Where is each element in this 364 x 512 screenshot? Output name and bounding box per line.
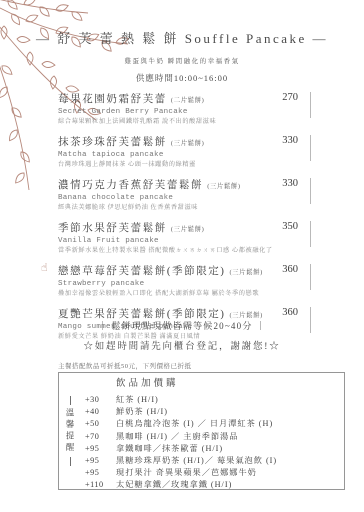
reminder-bottom-rule <box>70 457 71 466</box>
menu-item: 莓果花園奶霜舒芙蕾 (二片鬆餅) 270 Secret Garden Berry… <box>58 91 320 126</box>
price-divider <box>310 92 311 118</box>
register-note: ☆如趕時間請先向櫃台登記，謝謝您!☆ <box>0 338 364 352</box>
drink-row: +50 白桃烏龍冷泡茶 (I) ／ 日月潭紅茶 (H) <box>85 418 340 430</box>
drinks-title: 飲品加價購 <box>116 378 340 391</box>
menu-item: ☝ 戀戀草莓舒芙蕾鬆餅(季節限定) (三片鬆餅) 360 Strawberry … <box>58 263 320 298</box>
drink-price: +95 <box>85 467 116 479</box>
item-description: 經典法芙娜脆球 伊思尼鮮奶油 佐香蕉香甜滋味 <box>58 203 320 212</box>
drink-price: +110 <box>85 479 116 491</box>
drink-row: +30 紅茶 (H/I) <box>85 394 340 406</box>
drink-price: +40 <box>85 406 116 418</box>
discount-note: 主餐搭配飲品可折抵50元，下列價格已折抵 <box>58 361 192 370</box>
item-portion-note: (三片鬆餅) <box>230 312 263 319</box>
item-name-en: Matcha tapioca pancake <box>58 150 320 160</box>
item-name: 戀戀草莓舒芙蕾鬆餅(季節限定) <box>58 266 226 277</box>
friendly-reminder-label: 溫馨提醒 <box>64 393 76 469</box>
item-price: 360 <box>282 263 298 276</box>
drinks-addon-box: 溫馨提醒 飲品加價購 +30 紅茶 (H/I) +40 鮮奶茶 (H/I) +5… <box>58 372 345 490</box>
item-name-en: Banana chocolate pancake <box>58 193 320 203</box>
drink-label: 太妃糖拿鐵／玫瑰拿鐵 (H/I) <box>116 479 232 491</box>
price-divider <box>310 178 311 204</box>
pointing-hand-icon: ☝ <box>41 261 48 274</box>
item-name: 季節水果舒芙蕾鬆餅 <box>58 223 167 234</box>
drinks-list: 飲品加價購 +30 紅茶 (H/I) +40 鮮奶茶 (H/I) +50 白桃烏… <box>85 378 340 492</box>
menu-item: 濃情巧克力香蕉舒芙蕾鬆餅 (三片鬆餅) 330 Banana chocolate… <box>58 177 320 212</box>
page-title: — 舒 芙 蕾 熱 鬆 餅 Souffle Pancake — <box>0 28 364 47</box>
item-name-en: Vanilla Fruit pancake <box>58 236 320 246</box>
item-name-en: Secret Garden Berry Pancake <box>58 107 320 117</box>
item-portion-note: (三片鬆餅) <box>171 140 204 147</box>
drink-price: +70 <box>85 431 116 443</box>
drink-row: +95 黑糖珍珠厚奶茶 (H/I)／ 莓果氣泡飲 (I) <box>85 455 340 467</box>
page-subtitle: 雞蛋與牛奶 瞬間融化的幸福香氣 <box>0 56 364 65</box>
drink-row: +110 太妃糖拿鐵／玫瑰拿鐵 (H/I) <box>85 479 340 491</box>
drink-price: +50 <box>85 418 116 430</box>
reminder-top-rule <box>70 396 71 405</box>
drink-row: +70 黑咖啡 (H/I) ／ 主廚季節湯品 <box>85 431 340 443</box>
drink-label: 黑咖啡 (H/I) ／ 主廚季節湯品 <box>116 431 238 443</box>
item-name-en: Strawberry pancake <box>58 279 320 289</box>
drink-price: +95 <box>85 455 116 467</box>
item-price: 270 <box>282 91 298 104</box>
item-price: 330 <box>282 134 298 147</box>
service-hours: 供應時間10:00~16:00 <box>0 72 364 84</box>
item-price: 360 <box>282 306 298 319</box>
item-portion-note: (三片鬆餅) <box>171 226 204 233</box>
drink-label: 白桃烏龍冷泡茶 (I) ／ 日月潭紅茶 (H) <box>116 418 273 430</box>
drink-label: 拿鐵咖啡／抹茶歐蕾 (H/I) <box>116 443 223 455</box>
item-description: 台灣珍珠遇上靜岡抹茶 心頭一抹躍動的綠精靈 <box>58 160 320 169</box>
wait-time-note: ｜ 鬆餅現點現做皆需等候20~40分 ｜ <box>0 319 364 332</box>
drink-price: +95 <box>85 443 116 455</box>
drink-price: +30 <box>85 394 116 406</box>
drink-label: 黑糖珍珠厚奶茶 (H/I)／ 莓果氣泡飲 (I) <box>116 455 277 467</box>
price-divider <box>310 221 311 247</box>
item-portion-note: (二片鬆餅) <box>171 97 204 104</box>
item-description: 當季新鮮水果佐上特製水果醬 搭配微酸ㄉㄨㄞㄉㄨㄞ口感 心都被融化了 <box>58 246 320 255</box>
drink-row: +40 鮮奶茶 (H/I) <box>85 406 340 418</box>
drink-label: 鮮奶茶 (H/I) <box>116 406 168 418</box>
header: — 舒 芙 蕾 熱 鬆 餅 Souffle Pancake — 雞蛋與牛奶 瞬間… <box>0 28 364 84</box>
item-name: 抹茶珍珠舒芙蕾鬆餅 <box>58 137 167 148</box>
item-name: 濃情巧克力香蕉舒芙蕾鬆餅 <box>58 180 203 191</box>
item-name: 莓果花園奶霜舒芙蕾 <box>58 94 167 105</box>
price-divider <box>310 135 311 161</box>
menu-page: — 舒 芙 蕾 熱 鬆 餅 Souffle Pancake — 雞蛋與牛奶 瞬間… <box>0 0 364 512</box>
menu-list: 莓果花園奶霜舒芙蕾 (二片鬆餅) 270 Secret Garden Berry… <box>58 91 320 349</box>
price-divider <box>310 264 311 290</box>
drink-row: +95 現打果汁 奇異果蘋果／芭娜娜牛奶 <box>85 467 340 479</box>
drink-row: +95 拿鐵咖啡／抹茶歐蕾 (H/I) <box>85 443 340 455</box>
item-portion-note: (三片鬆餅) <box>230 269 263 276</box>
menu-item: 季節水果舒芙蕾鬆餅 (三片鬆餅) 350 Vanilla Fruit panca… <box>58 220 320 255</box>
drink-label: 現打果汁 奇異果蘋果／芭娜娜牛奶 <box>116 467 257 479</box>
item-price: 330 <box>282 177 298 190</box>
item-portion-note: (三片鬆餅) <box>207 183 240 190</box>
menu-item: 抹茶珍珠舒芙蕾鬆餅 (三片鬆餅) 330 Matcha tapioca panc… <box>58 134 320 169</box>
item-description: 綜合莓果顆粒加上法國鐵塔乳酪霜 說不出的酸甜滋味 <box>58 117 320 126</box>
item-description: 疊加幸福像雲朵般輕盈入口即化 搭配大湖新鮮草莓 屬於冬季的戀歌 <box>58 289 320 298</box>
item-price: 350 <box>282 220 298 233</box>
drink-label: 紅茶 (H/I) <box>116 394 159 406</box>
